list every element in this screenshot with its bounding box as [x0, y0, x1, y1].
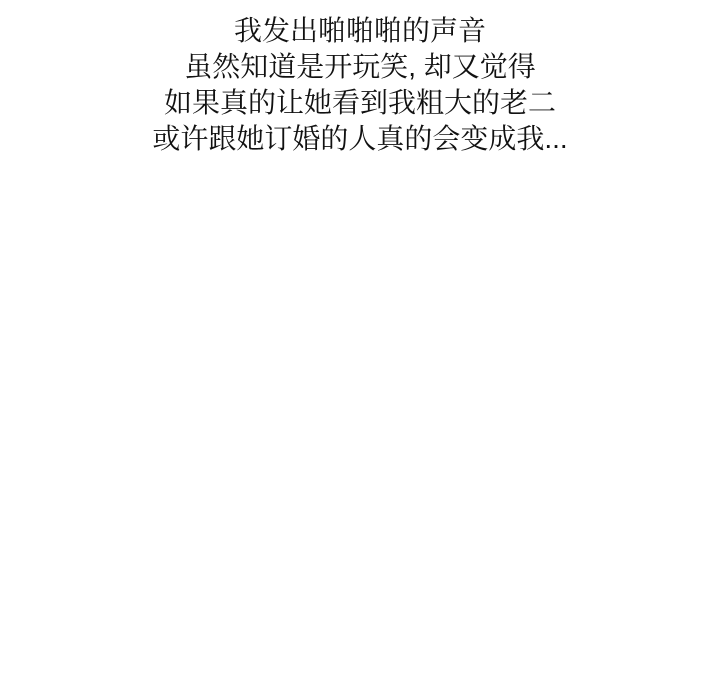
caption-block: 我发出啪啪啪的声音 虽然知道是开玩笑, 却又觉得 如果真的让她看到我粗大的老二 …: [0, 0, 720, 157]
caption-line-2: 虽然知道是开玩笑, 却又觉得: [0, 49, 720, 85]
caption-line-1: 我发出啪啪啪的声音: [0, 13, 720, 49]
caption-line-4: 或许跟她订婚的人真的会变成我...: [0, 121, 720, 157]
caption-line-3: 如果真的让她看到我粗大的老二: [0, 85, 720, 121]
